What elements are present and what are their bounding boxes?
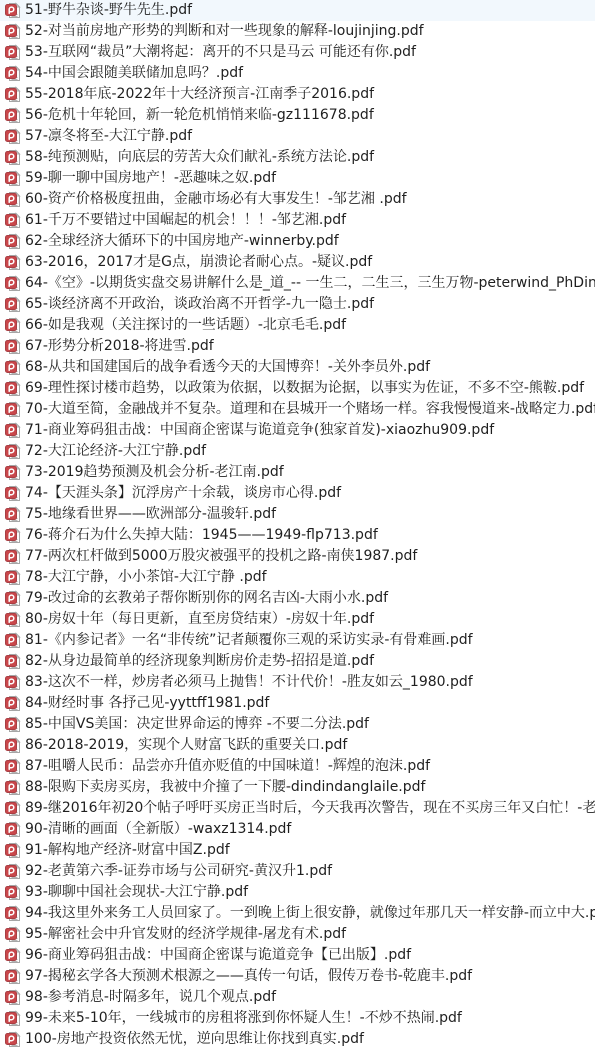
file-name-label[interactable]: 82-从身边最简单的经济现象判断房价走势-招招是道.pdf bbox=[25, 651, 374, 672]
pdf-file-icon[interactable] bbox=[5, 737, 21, 754]
pdf-file-icon[interactable] bbox=[5, 674, 21, 691]
pdf-file-icon[interactable] bbox=[5, 422, 21, 439]
file-item[interactable]: 60-资产价格极度扭曲，金融市场必有大事发生！-邹艺湘 .pdf bbox=[0, 189, 595, 210]
file-name-label[interactable]: 88-限购下卖房买房，我被中介撞了一下腰-dindindanglaile.pdf bbox=[25, 777, 425, 798]
pdf-file-icon[interactable] bbox=[5, 2, 21, 19]
file-name-label[interactable]: 96-商业筹码狙击战：中国商企密谋与诡道竞争【已出版】.pdf bbox=[25, 945, 411, 966]
file-name-label[interactable]: 89-继2016年初20个帖子呼吁买房正当时后，今天我再次警告，现在不买房三年又… bbox=[25, 798, 595, 819]
file-item[interactable]: 82-从身边最简单的经济现象判断房价走势-招招是道.pdf bbox=[0, 651, 595, 672]
file-name-label[interactable]: 64-《空》-以期货实盘交易讲解什么是_道_-- 一生二，二生三，三生万物-pe… bbox=[25, 273, 595, 294]
file-name-label[interactable]: 76-蒋介石为什么失掉大陆：1945——1949-flp713.pdf bbox=[25, 525, 378, 546]
pdf-file-icon[interactable] bbox=[5, 86, 21, 103]
file-item[interactable]: 63-2016，2017才是G点，崩溃论者耐心点。-疑议.pdf bbox=[0, 252, 595, 273]
file-item[interactable]: 65-谈经济离不开政治，谈政治离不开哲学-九一隐士.pdf bbox=[0, 294, 595, 315]
file-item[interactable]: 85-中国VS美国：决定世界命运的博弈 -不要二分法.pdf bbox=[0, 714, 595, 735]
file-name-label[interactable]: 77-两次杠杆做到5000万股灾被强平的投机之路-南侠1987.pdf bbox=[25, 546, 417, 567]
file-item[interactable]: 51-野牛杂谈-野牛先生.pdf bbox=[0, 0, 595, 21]
pdf-file-icon[interactable] bbox=[5, 569, 21, 586]
file-name-label[interactable]: 58-纯预测贴，向底层的劳苦大众们献礼-系统方法论.pdf bbox=[25, 147, 374, 168]
file-item[interactable]: 66-如是我观（关注探讨的一些话题）-北京毛毛.pdf bbox=[0, 315, 595, 336]
file-name-label[interactable]: 90-清晰的画面（全新版）-waxz1314.pdf bbox=[25, 819, 291, 840]
pdf-file-icon[interactable] bbox=[5, 212, 21, 229]
file-name-label[interactable]: 87-咀嚼人民币：品尝亦升值亦贬值的中国味道！-辉煌的泡沫.pdf bbox=[25, 756, 430, 777]
file-item[interactable]: 84-财经时事 各抒己见-yyttff1981.pdf bbox=[0, 693, 595, 714]
file-item[interactable]: 56-危机十年轮回，新一轮危机悄悄来临-gz111678.pdf bbox=[0, 105, 595, 126]
file-item[interactable]: 67-形势分析2018-将进雪.pdf bbox=[0, 336, 595, 357]
file-item[interactable]: 74-【天涯头条】沉浮房产十余载，谈房市心得.pdf bbox=[0, 483, 595, 504]
file-item[interactable]: 58-纯预测贴，向底层的劳苦大众们献礼-系统方法论.pdf bbox=[0, 147, 595, 168]
pdf-file-icon[interactable] bbox=[5, 779, 21, 796]
file-name-label[interactable]: 81-《内参记者》一名“非传统”记者颠覆你三观的采访实录-有骨难画.pdf bbox=[25, 630, 473, 651]
file-item[interactable]: 97-揭秘玄学各大预测术根源之——真传一句话，假传万卷书-乾鹿丰.pdf bbox=[0, 966, 595, 987]
file-name-label[interactable]: 70-大道至简，金融战并不复杂。道理和在县城开一个赌场一样。容我慢慢道来-战略定… bbox=[25, 399, 595, 420]
pdf-file-icon[interactable] bbox=[5, 905, 21, 922]
file-item[interactable]: 62-全球经济大循环下的中国房地产-winnerby.pdf bbox=[0, 231, 595, 252]
pdf-file-icon[interactable] bbox=[5, 44, 21, 61]
file-name-label[interactable]: 60-资产价格极度扭曲，金融市场必有大事发生！-邹艺湘 .pdf bbox=[25, 189, 407, 210]
file-name-label[interactable]: 57-凛冬将至-大江宁静.pdf bbox=[25, 126, 192, 147]
file-name-label[interactable]: 72-大江论经济-大江宁静.pdf bbox=[25, 441, 206, 462]
file-item[interactable]: 75-地缘看世界——欧洲部分-温骏轩.pdf bbox=[0, 504, 595, 525]
pdf-file-icon[interactable] bbox=[5, 611, 21, 628]
pdf-file-icon[interactable] bbox=[5, 947, 21, 964]
file-item[interactable]: 71-商业筹码狙击战：中国商企密谋与诡道竞争(独家首发)-xiaozhu909.… bbox=[0, 420, 595, 441]
file-name-label[interactable]: 71-商业筹码狙击战：中国商企密谋与诡道竞争(独家首发)-xiaozhu909.… bbox=[25, 420, 494, 441]
file-item[interactable]: 83-这次不一样，炒房者必须马上抛售！不计代价！-胜友如云_1980.pdf bbox=[0, 672, 595, 693]
pdf-file-icon[interactable] bbox=[5, 296, 21, 313]
file-item[interactable]: 53-互联网“裁员”大潮将起：离开的不只是马云 可能还有你.pdf bbox=[0, 42, 595, 63]
pdf-file-icon[interactable] bbox=[5, 821, 21, 838]
file-item[interactable]: 57-凛冬将至-大江宁静.pdf bbox=[0, 126, 595, 147]
file-item[interactable]: 70-大道至简，金融战并不复杂。道理和在县城开一个赌场一样。容我慢慢道来-战略定… bbox=[0, 399, 595, 420]
pdf-file-icon[interactable] bbox=[5, 632, 21, 649]
file-name-label[interactable]: 94-我这里外来务工人员回家了。一到晚上街上很安静，就像过年那几天一样安静-而立… bbox=[25, 903, 595, 924]
pdf-file-icon[interactable] bbox=[5, 527, 21, 544]
pdf-file-icon[interactable] bbox=[5, 506, 21, 523]
pdf-file-icon[interactable] bbox=[5, 443, 21, 460]
file-name-label[interactable]: 59-聊一聊中国房地产！-恶趣味之奴.pdf bbox=[25, 168, 276, 189]
file-item[interactable]: 95-解密社会中升官发财的经济学规律-屠龙有术.pdf bbox=[0, 924, 595, 945]
pdf-file-icon[interactable] bbox=[5, 254, 21, 271]
file-item[interactable]: 96-商业筹码狙击战：中国商企密谋与诡道竞争【已出版】.pdf bbox=[0, 945, 595, 966]
pdf-file-icon[interactable] bbox=[5, 317, 21, 334]
file-item[interactable]: 88-限购下卖房买房，我被中介撞了一下腰-dindindanglaile.pdf bbox=[0, 777, 595, 798]
file-item[interactable]: 64-《空》-以期货实盘交易讲解什么是_道_-- 一生二，二生三，三生万物-pe… bbox=[0, 273, 595, 294]
pdf-file-icon[interactable] bbox=[5, 107, 21, 124]
pdf-file-icon[interactable] bbox=[5, 716, 21, 733]
file-name-label[interactable]: 52-对当前房地产形势的判断和对一些现象的解释-loujinjing.pdf bbox=[25, 21, 424, 42]
pdf-file-icon[interactable] bbox=[5, 548, 21, 565]
file-name-label[interactable]: 51-野牛杂谈-野牛先生.pdf bbox=[25, 0, 192, 21]
file-item[interactable]: 92-老黄第六季-证券市场与公司研究-黄汉升1.pdf bbox=[0, 861, 595, 882]
file-name-label[interactable]: 79-改过命的玄教弟子帮你断别你的网名吉凶-大雨小水.pdf bbox=[25, 588, 388, 609]
file-name-label[interactable]: 62-全球经济大循环下的中国房地产-winnerby.pdf bbox=[25, 231, 339, 252]
file-name-label[interactable]: 91-解构地产经济-财富中国Z.pdf bbox=[25, 840, 230, 861]
file-item[interactable]: 90-清晰的画面（全新版）-waxz1314.pdf bbox=[0, 819, 595, 840]
file-item[interactable]: 68-从共和国建国后的战争看透今天的大国博弈！-关外李员外.pdf bbox=[0, 357, 595, 378]
file-item[interactable]: 78-大江宁静，小小茶馆-大江宁静 .pdf bbox=[0, 567, 595, 588]
pdf-file-icon[interactable] bbox=[5, 170, 21, 187]
pdf-file-icon[interactable] bbox=[5, 1031, 21, 1048]
pdf-file-icon[interactable] bbox=[5, 653, 21, 670]
file-item[interactable]: 59-聊一聊中国房地产！-恶趣味之奴.pdf bbox=[0, 168, 595, 189]
file-name-label[interactable]: 85-中国VS美国：决定世界命运的博弈 -不要二分法.pdf bbox=[25, 714, 369, 735]
file-item[interactable]: 87-咀嚼人民币：品尝亦升值亦贬值的中国味道！-辉煌的泡沫.pdf bbox=[0, 756, 595, 777]
pdf-file-icon[interactable] bbox=[5, 233, 21, 250]
file-name-label[interactable]: 99-未来5-10年，一线城市的房租将涨到你怀疑人生！-不炒不热闹.pdf bbox=[25, 1008, 462, 1029]
file-item[interactable]: 52-对当前房地产形势的判断和对一些现象的解释-loujinjing.pdf bbox=[0, 21, 595, 42]
file-name-label[interactable]: 74-【天涯头条】沉浮房产十余载，谈房市心得.pdf bbox=[25, 483, 341, 504]
file-list: 51-野牛杂谈-野牛先生.pdf 52-对当前房地产形势的判断和对一些现象的解 bbox=[0, 0, 595, 1050]
pdf-file-icon[interactable] bbox=[5, 842, 21, 859]
file-name-label[interactable]: 54-中国会跟随美联储加息吗？.pdf bbox=[25, 63, 243, 84]
file-name-label[interactable]: 69-理性探讨楼市趋势，以政策为依据，以数据为论据，以事实为佐证，不多不空-熊鞍… bbox=[25, 378, 584, 399]
file-name-label[interactable]: 61-千万不要错过中国崛起的机会！！！-邹艺湘.pdf bbox=[25, 210, 346, 231]
pdf-file-icon[interactable] bbox=[5, 359, 21, 376]
file-name-label[interactable]: 92-老黄第六季-证券市场与公司研究-黄汉升1.pdf bbox=[25, 861, 332, 882]
file-item[interactable]: 91-解构地产经济-财富中国Z.pdf bbox=[0, 840, 595, 861]
pdf-file-icon[interactable] bbox=[5, 1010, 21, 1027]
pdf-file-icon[interactable] bbox=[5, 149, 21, 166]
file-item[interactable]: 81-《内参记者》一名“非传统”记者颠覆你三观的采访实录-有骨难画.pdf bbox=[0, 630, 595, 651]
pdf-file-icon[interactable] bbox=[5, 758, 21, 775]
file-name-label[interactable]: 65-谈经济离不开政治，谈政治离不开哲学-九一隐士.pdf bbox=[25, 294, 374, 315]
pdf-file-icon[interactable] bbox=[5, 485, 21, 502]
file-item[interactable]: 77-两次杠杆做到5000万股灾被强平的投机之路-南侠1987.pdf bbox=[0, 546, 595, 567]
file-name-label[interactable]: 80-房奴十年（每日更新，直至房贷结束）-房奴十年.pdf bbox=[25, 609, 374, 630]
file-item[interactable]: 98-参考消息-时隔多年，说几个观点.pdf bbox=[0, 987, 595, 1008]
file-name-label[interactable]: 100-房地产投资依然无忧，逆向思维让你找到真实.pdf bbox=[25, 1029, 364, 1050]
pdf-file-icon[interactable] bbox=[5, 590, 21, 607]
file-name-label[interactable]: 68-从共和国建国后的战争看透今天的大国博弈！-关外李员外.pdf bbox=[25, 357, 430, 378]
pdf-file-icon[interactable] bbox=[5, 23, 21, 40]
file-name-label[interactable]: 53-互联网“裁员”大潮将起：离开的不只是马云 可能还有你.pdf bbox=[25, 42, 416, 63]
file-item[interactable]: 76-蒋介石为什么失掉大陆：1945——1949-flp713.pdf bbox=[0, 525, 595, 546]
file-name-label[interactable]: 86-2018-2019，实现个人财富飞跃的重要关口.pdf bbox=[25, 735, 347, 756]
file-name-label[interactable]: 66-如是我观（关注探讨的一些话题）-北京毛毛.pdf bbox=[25, 315, 346, 336]
file-name-label[interactable]: 63-2016，2017才是G点，崩溃论者耐心点。-疑议.pdf bbox=[25, 252, 372, 273]
pdf-file-icon[interactable] bbox=[5, 401, 21, 418]
file-name-label[interactable]: 56-危机十年轮回，新一轮危机悄悄来临-gz111678.pdf bbox=[25, 105, 374, 126]
file-item[interactable]: 89-继2016年初20个帖子呼吁买房正当时后，今天我再次警告，现在不买房三年又… bbox=[0, 798, 595, 819]
file-item[interactable]: 100-房地产投资依然无忧，逆向思维让你找到真实.pdf bbox=[0, 1029, 595, 1050]
file-item[interactable]: 86-2018-2019，实现个人财富飞跃的重要关口.pdf bbox=[0, 735, 595, 756]
file-item[interactable]: 61-千万不要错过中国崛起的机会！！！-邹艺湘.pdf bbox=[0, 210, 595, 231]
pdf-file-icon[interactable] bbox=[5, 128, 21, 145]
pdf-file-icon[interactable] bbox=[5, 65, 21, 82]
pdf-file-icon[interactable] bbox=[5, 191, 21, 208]
pdf-file-icon[interactable] bbox=[5, 800, 21, 817]
pdf-file-icon[interactable] bbox=[5, 926, 21, 943]
file-item[interactable]: 73-2019趋势预测及机会分析-老江南.pdf bbox=[0, 462, 595, 483]
file-item[interactable]: 55-2018年底-2022年十大经济预言-江南季子2016.pdf bbox=[0, 84, 595, 105]
file-item[interactable]: 93-聊聊中国社会现状-大江宁静.pdf bbox=[0, 882, 595, 903]
pdf-file-icon[interactable] bbox=[5, 863, 21, 880]
pdf-file-icon[interactable] bbox=[5, 275, 21, 292]
file-name-label[interactable]: 84-财经时事 各抒己见-yyttff1981.pdf bbox=[25, 693, 269, 714]
pdf-file-icon[interactable] bbox=[5, 338, 21, 355]
file-item[interactable]: 54-中国会跟随美联储加息吗？.pdf bbox=[0, 63, 595, 84]
pdf-file-icon[interactable] bbox=[5, 695, 21, 712]
file-item[interactable]: 79-改过命的玄教弟子帮你断别你的网名吉凶-大雨小水.pdf bbox=[0, 588, 595, 609]
file-item[interactable]: 69-理性探讨楼市趋势，以政策为依据，以数据为论据，以事实为佐证，不多不空-熊鞍… bbox=[0, 378, 595, 399]
file-name-label[interactable]: 97-揭秘玄学各大预测术根源之——真传一句话，假传万卷书-乾鹿丰.pdf bbox=[25, 966, 472, 987]
file-name-label[interactable]: 78-大江宁静，小小茶馆-大江宁静 .pdf bbox=[25, 567, 267, 588]
pdf-file-icon[interactable] bbox=[5, 464, 21, 481]
file-name-label[interactable]: 95-解密社会中升官发财的经济学规律-屠龙有术.pdf bbox=[25, 924, 346, 945]
file-name-label[interactable]: 98-参考消息-时隔多年，说几个观点.pdf bbox=[25, 987, 276, 1008]
file-item[interactable]: 94-我这里外来务工人员回家了。一到晚上街上很安静，就像过年那几天一样安静-而立… bbox=[0, 903, 595, 924]
pdf-file-icon[interactable] bbox=[5, 380, 21, 397]
pdf-file-icon[interactable] bbox=[5, 989, 21, 1006]
file-name-label[interactable]: 83-这次不一样，炒房者必须马上抛售！不计代价！-胜友如云_1980.pdf bbox=[25, 672, 473, 693]
file-name-label[interactable]: 73-2019趋势预测及机会分析-老江南.pdf bbox=[25, 462, 284, 483]
file-item[interactable]: 80-房奴十年（每日更新，直至房贷结束）-房奴十年.pdf bbox=[0, 609, 595, 630]
file-name-label[interactable]: 67-形势分析2018-将进雪.pdf bbox=[25, 336, 214, 357]
file-name-label[interactable]: 75-地缘看世界——欧洲部分-温骏轩.pdf bbox=[25, 504, 276, 525]
file-item[interactable]: 99-未来5-10年，一线城市的房租将涨到你怀疑人生！-不炒不热闹.pdf bbox=[0, 1008, 595, 1029]
pdf-file-icon[interactable] bbox=[5, 884, 21, 901]
pdf-file-icon[interactable] bbox=[5, 968, 21, 985]
file-name-label[interactable]: 55-2018年底-2022年十大经济预言-江南季子2016.pdf bbox=[25, 84, 374, 105]
file-item[interactable]: 72-大江论经济-大江宁静.pdf bbox=[0, 441, 595, 462]
file-name-label[interactable]: 93-聊聊中国社会现状-大江宁静.pdf bbox=[25, 882, 248, 903]
